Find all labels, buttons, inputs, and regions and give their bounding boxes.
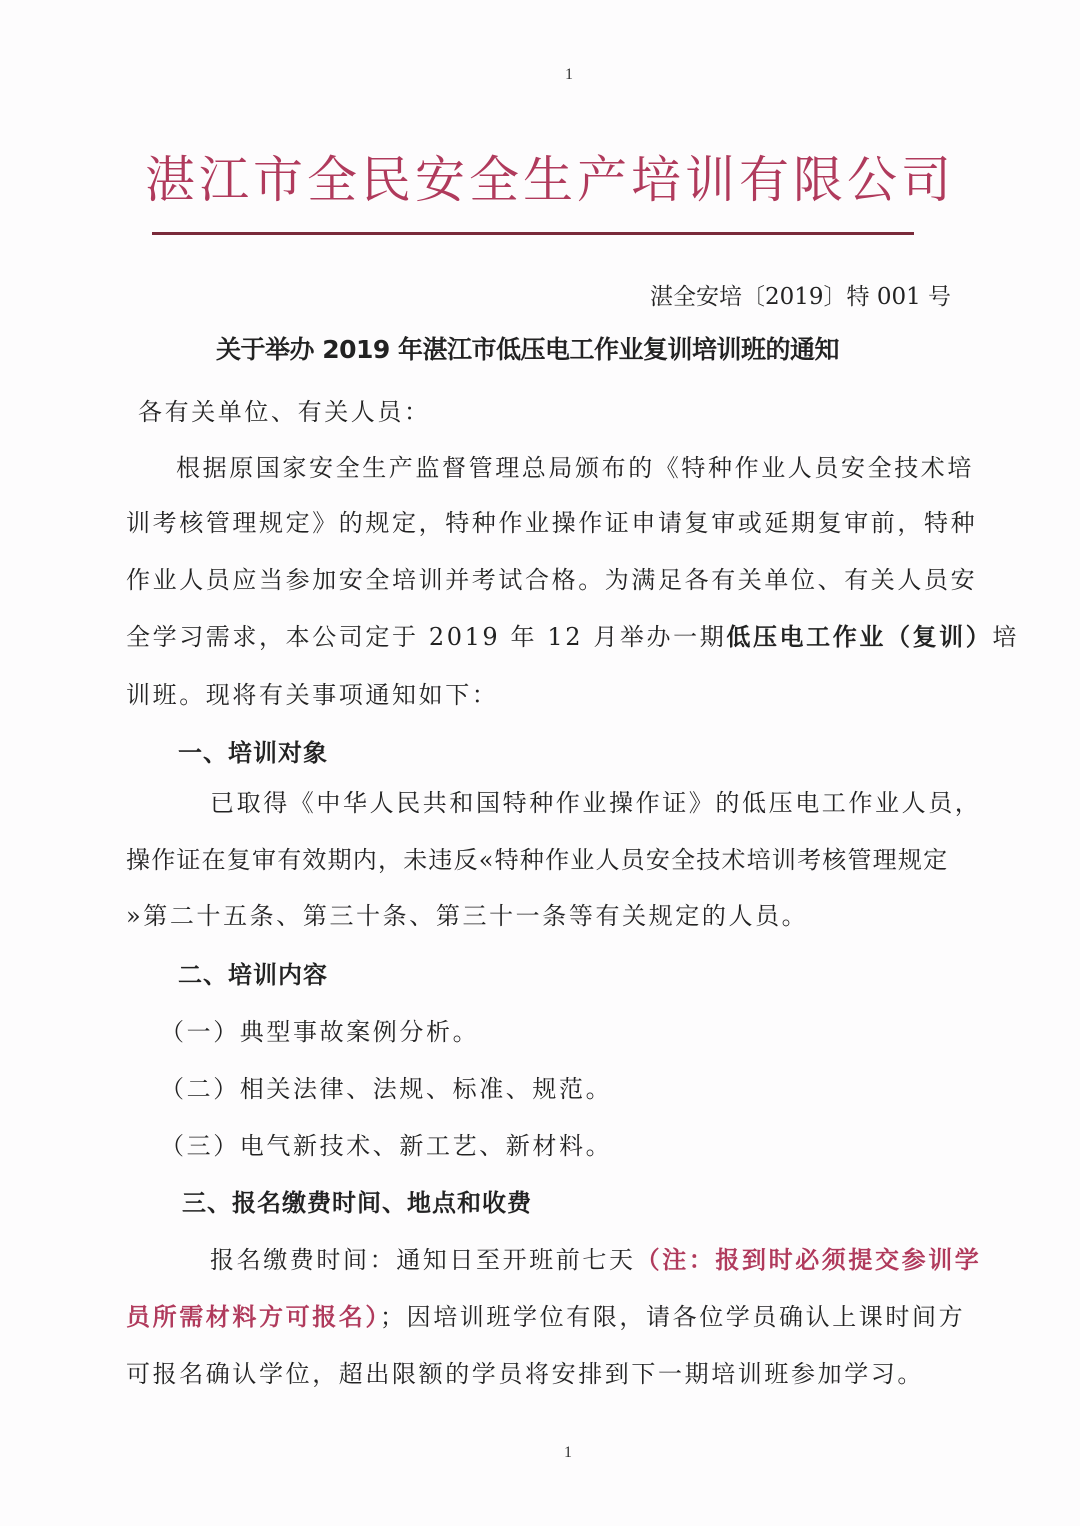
section-2-item-3: （三）电气新技术、新工艺、新材料。 [160,1126,612,1161]
intro-line-5: 训班。现将有关事项通知如下： [126,675,498,710]
intro-line-1: 根据原国家安全生产监督管理总局颁布的《特种作业人员安全技术培 [176,448,974,483]
company-letterhead: 湛江市全民安全生产培训有限公司 [0,140,1080,212]
section-3-line-2: 员所需材料方可报名）；因培训班学位有限，请各位学员确认上课时间方 [126,1297,965,1332]
section-1-line-1: 已取得《中华人民共和国特种作业操作证》的低压电工作业人员， [210,783,981,818]
section-3-line-2-rest: ；因培训班学位有限，请各位学员确认上课时间方 [380,1303,965,1331]
registration-period: 报名缴费时间：通知日至开班前七天 [210,1246,636,1274]
page-number-bottom: 1 [564,1444,572,1462]
section-1-line-3: »第二十五条、第三十条、第三十一条等有关规定的人员。 [126,896,808,931]
letterhead-divider [152,232,914,235]
registration-note: （注：报到时必须提交参训学 [636,1245,982,1274]
intro-line-4-text: 全学习需求，本公司定于 2019 年 12 月举办一期 [126,623,726,651]
section-1-line-2: 操作证在复审有效期内，未违反«特种作业人员安全技术培训考核管理规定 [126,840,948,875]
section-2-heading: 二、培训内容 [178,955,328,990]
section-2-item-1: （一）典型事故案例分析。 [160,1012,479,1047]
registration-note-cont: 员所需材料方可报名） [126,1302,380,1331]
section-3-heading: 三、报名缴费时间、地点和收费 [182,1183,532,1218]
intro-line-3: 作业人员应当参加安全培训并考试合格。为满足各有关单位、有关人员安 [126,560,977,595]
intro-line-4-tail: 培 [992,623,1019,651]
section-3-line-1: 报名缴费时间：通知日至开班前七天（注：报到时必须提交参训学 [210,1240,981,1275]
page-number-top: 1 [565,66,573,84]
intro-line-2: 训考核管理规定》的规定，特种作业操作证申请复审或延期复审前，特种 [126,503,977,538]
salutation: 各有关单位、有关人员： [138,392,431,427]
section-2-item-2: （二）相关法律、法规、标准、规范。 [160,1069,612,1104]
section-1-heading: 一、培训对象 [178,733,328,768]
document-title: 关于举办 2019 年湛江市低压电工作业复训培训班的通知 [216,330,839,366]
intro-line-4: 全学习需求，本公司定于 2019 年 12 月举办一期低压电工作业（复训）培 [126,617,1019,652]
section-3-line-3: 可报名确认学位，超出限额的学员将安排到下一期培训班参加学习。 [126,1354,924,1389]
course-name-emphasis: 低压电工作业（复训） [726,622,992,651]
document-number: 湛全安培〔2019〕特 001 号 [650,278,951,311]
